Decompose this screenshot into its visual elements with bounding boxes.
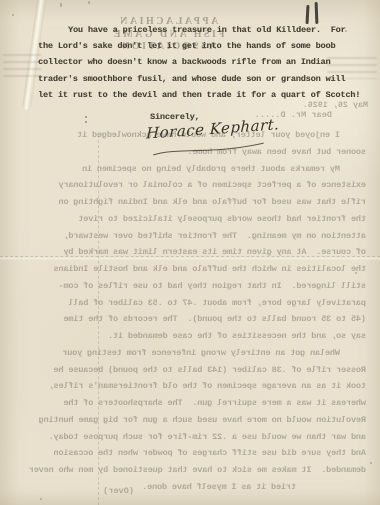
bleed-line: and war than we would use a .22 rim-fire… xyxy=(4,429,366,446)
bleed-line: paratively large bore, from about .47 to… xyxy=(4,295,366,312)
bleed-line: rifle that was used for buffalo and elk … xyxy=(4,194,366,211)
bleed-line: Revolution would no more have used such … xyxy=(4,412,366,429)
letter-page: APPALACHIAN FISH AND GAME ASSOCIATION Ma… xyxy=(0,0,380,505)
letter-line: trader's smoothbore fusil, and whose dud… xyxy=(38,71,352,87)
bleed-line: tried it as I myself have done. xyxy=(4,479,366,496)
bleed-line: Rosser rifle of .38 caliber (143 balls t… xyxy=(4,362,366,379)
fold-crease-vertical xyxy=(98,135,101,505)
bleed-line: the localities in which the buffalo and … xyxy=(4,261,366,278)
bleed-line: whereas it was a mere squirrel gun. The … xyxy=(4,395,366,412)
dust-speck xyxy=(355,272,357,274)
letter-line: the Lord's sake don't let it get into th… xyxy=(38,38,352,54)
letter-line: You have a priceless treasure in that ol… xyxy=(38,22,352,38)
bleed-line: And they sure did use stiff charges of p… xyxy=(4,445,366,462)
bleed-line: the frontier had those words purposely i… xyxy=(4,211,366,228)
dust-speck xyxy=(370,462,372,464)
dust-speck xyxy=(12,14,14,16)
letterhead-smudge-left xyxy=(3,54,41,78)
bleed-line: attention on my meaning. The frontier sh… xyxy=(4,228,366,245)
dust-speck xyxy=(88,1,90,4)
letter-text: You have a priceless treasure in that ol… xyxy=(38,22,352,125)
bleed-line: existence of a perfect specimen of a col… xyxy=(4,177,366,194)
dust-speck xyxy=(40,498,42,500)
bleed-line: say so, and the necessities of the case … xyxy=(4,328,366,345)
bleed-line: (45 to 35 round balls to the pound). The… xyxy=(4,311,366,328)
letter-line: collector who doesn't know a backwoods r… xyxy=(38,54,352,70)
bleed-line: took it as an average specimen of the ol… xyxy=(4,378,366,395)
bleed-line: My remarks about there probably being no… xyxy=(4,161,366,178)
bleed-over-note: (Over) xyxy=(103,486,134,496)
letter-line: let it rust to the devil and then trade … xyxy=(38,87,352,103)
dust-speck xyxy=(60,3,62,7)
bleed-line: Whelan got an entirely wrong inference f… xyxy=(4,345,366,362)
fold-crease-horizontal xyxy=(0,256,380,260)
bleed-body-text: I enjoyed your letter, and would have ac… xyxy=(4,127,366,496)
bleed-line: still lingered. In that region they had … xyxy=(4,278,366,295)
bleed-line: demanded. It makes me sick to have that … xyxy=(4,462,366,479)
